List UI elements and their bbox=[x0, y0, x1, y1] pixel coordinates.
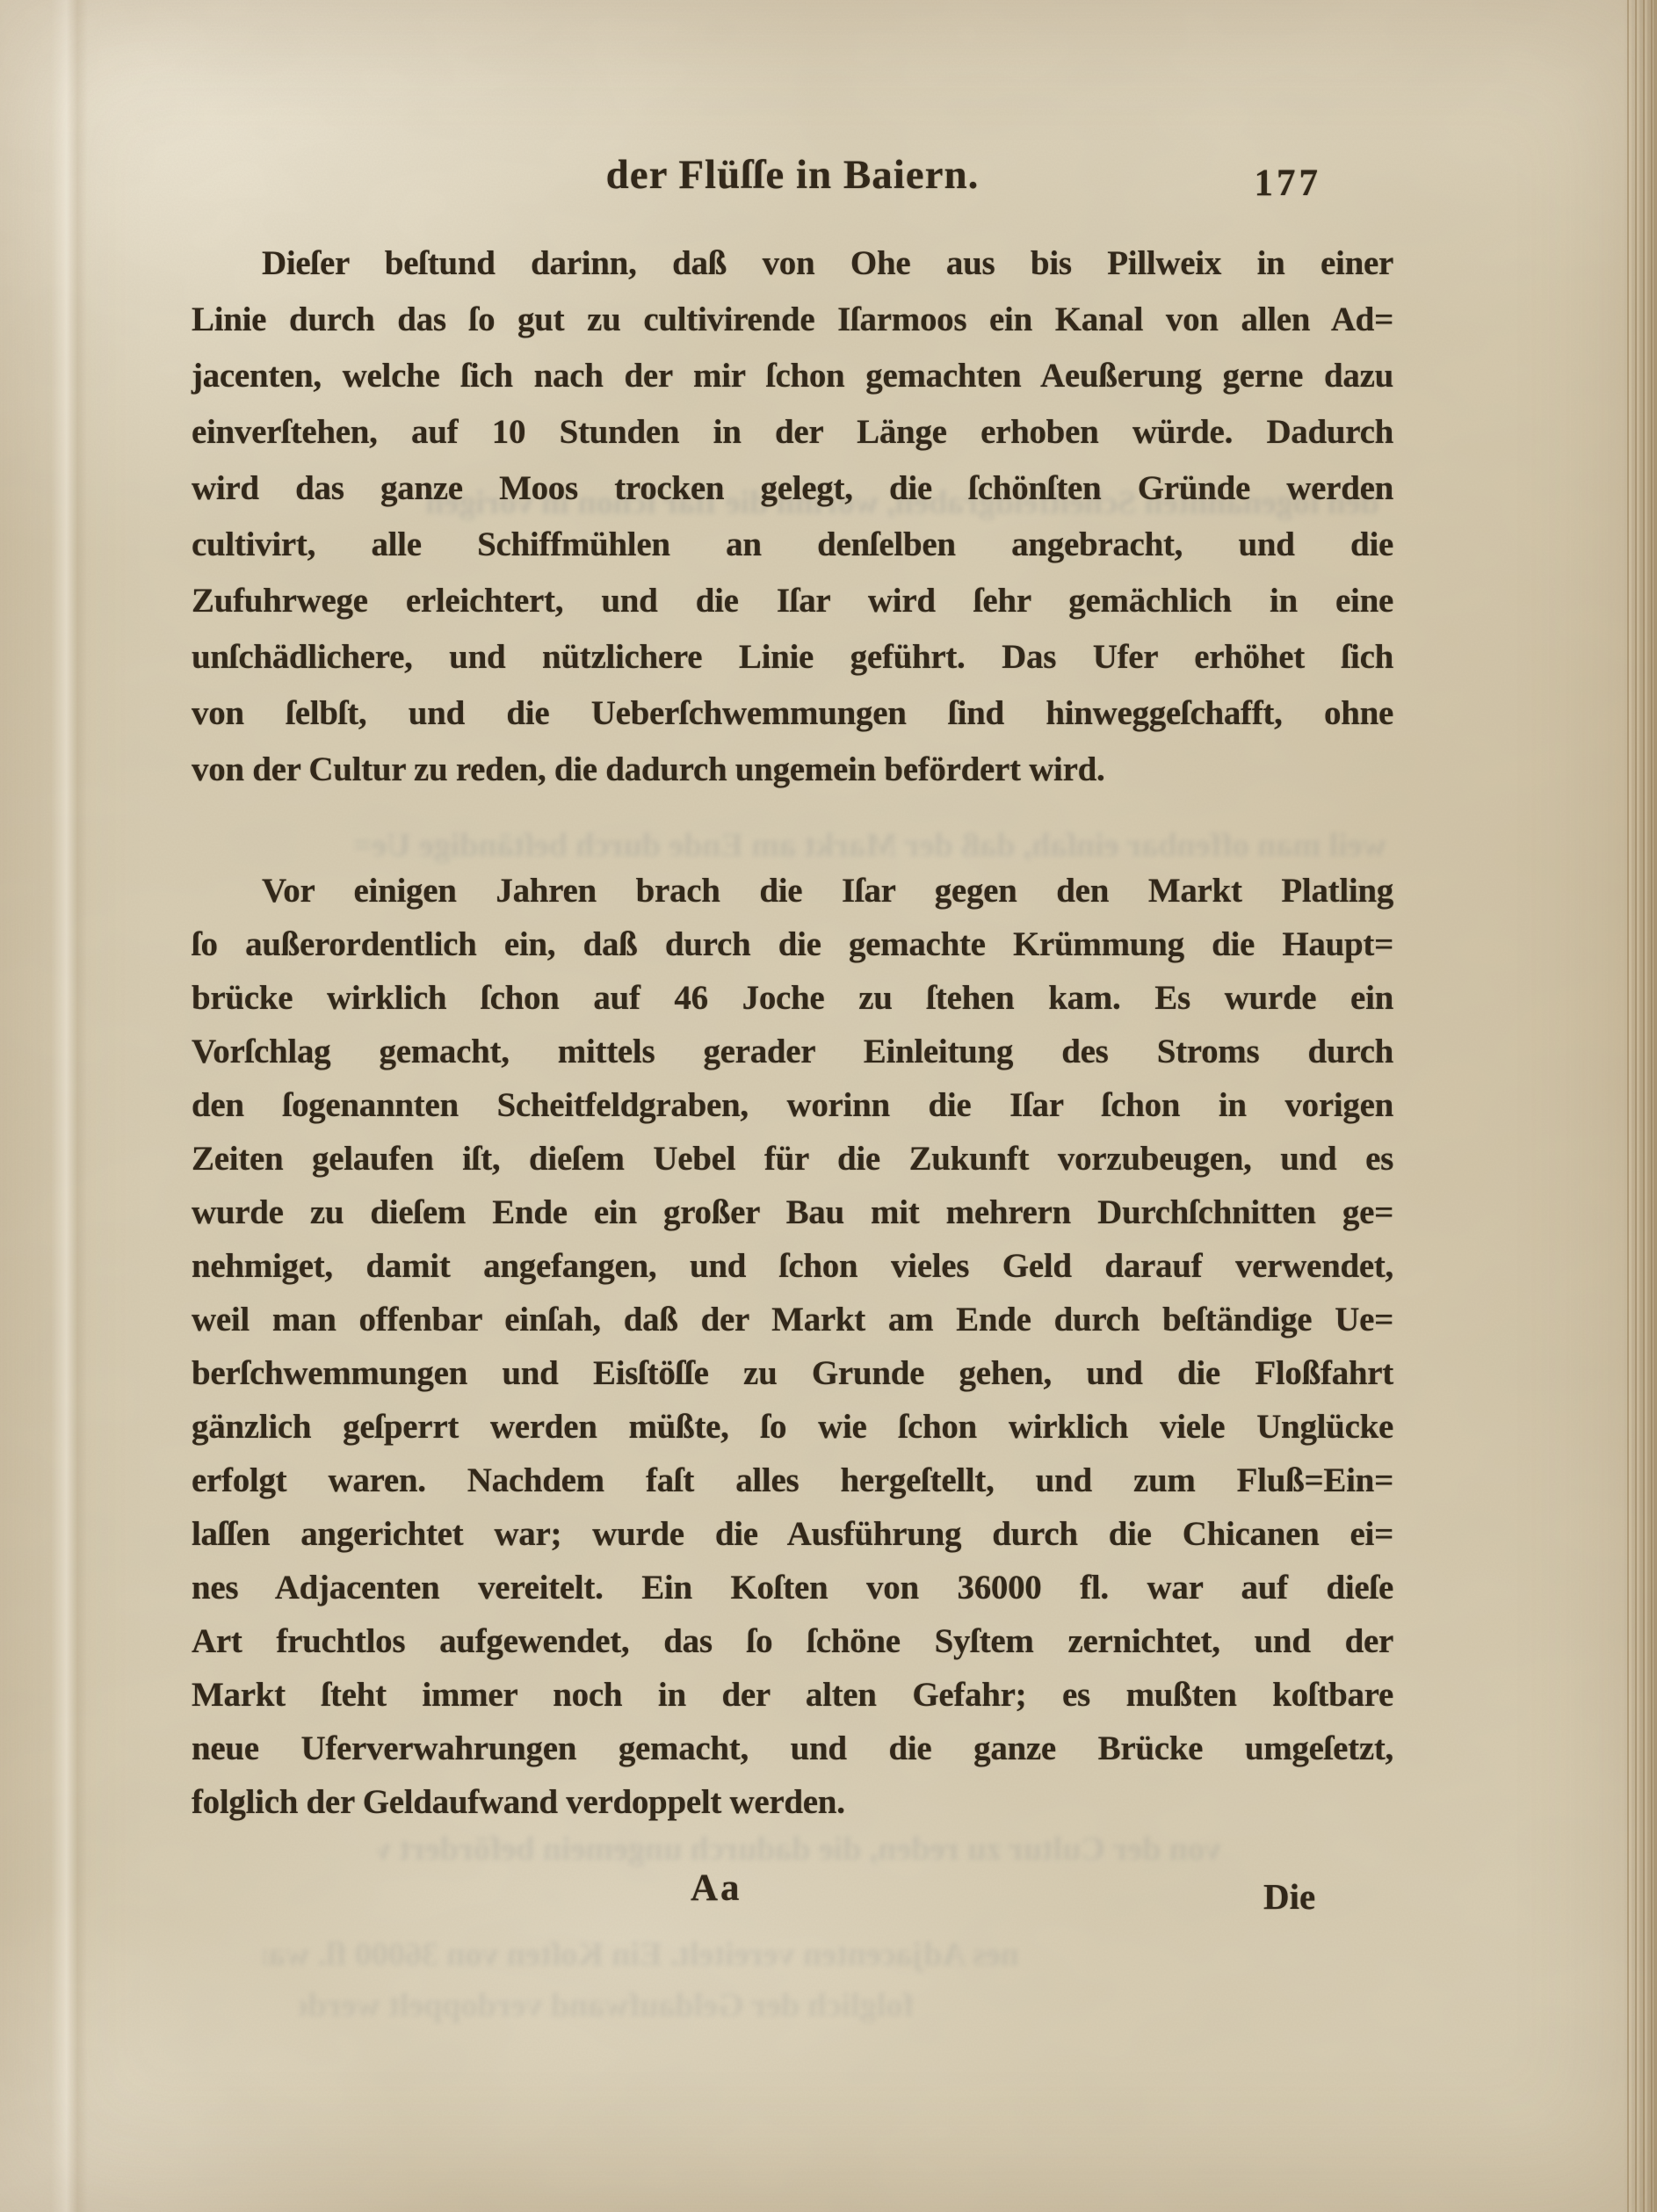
text-line: cultivirt, alle Schiffmühlen an denſelbe… bbox=[192, 517, 1393, 573]
text-line: wurde zu dieſem Ende ein großer Bau mit … bbox=[192, 1186, 1393, 1239]
signature-mark: Aa bbox=[691, 1867, 742, 1910]
text-line: Vor einigen Jahren brach die Iſar gegen … bbox=[192, 864, 1393, 917]
text-line: nehmiget, damit angefangen, und ſchon vi… bbox=[192, 1239, 1393, 1293]
text-line: folglich der Geldaufwand verdoppelt werd… bbox=[192, 1775, 1393, 1829]
text-line: Zeiten gelaufen iſt, dieſem Uebel für di… bbox=[192, 1132, 1393, 1186]
text-line: Markt ſteht immer noch in der alten Gefa… bbox=[192, 1668, 1393, 1722]
text-line: einverſtehen, auf 10 Stunden in der Läng… bbox=[192, 404, 1393, 461]
text-line: gänzlich geſperrt werden müßte, ſo wie ſ… bbox=[192, 1400, 1393, 1454]
text-line: von der Cultur zu reden, die dadurch ung… bbox=[192, 742, 1393, 798]
text-line: weil man offenbar einſah, daß der Markt … bbox=[192, 1293, 1393, 1346]
text-line: neue Uferverwahrungen gemacht, und die g… bbox=[192, 1722, 1393, 1775]
text-line: Art fruchtlos aufgewendet, das ſo ſchöne… bbox=[192, 1614, 1393, 1668]
text-line: nes Adjacenten vereitelt. Ein Koſten von… bbox=[192, 1561, 1393, 1614]
book-page-scan: den ſogenannten Scheitfeldgraben, worinn… bbox=[0, 0, 1657, 2212]
text-line: berſchwemmungen und Eisſtöſſe zu Grunde … bbox=[192, 1346, 1393, 1400]
text-line: Zufuhrwege erleichtert, und die Iſar wir… bbox=[192, 573, 1393, 629]
text-line: Dieſer beſtund darinn, daß von Ohe aus b… bbox=[192, 236, 1393, 292]
text-line: brücke wirklich ſchon auf 46 Joche zu ſt… bbox=[192, 971, 1393, 1025]
text-line: unſchädlichere, und nützlichere Linie ge… bbox=[192, 629, 1393, 685]
text-line: den ſogenannten Scheitfeldgraben, worinn… bbox=[192, 1078, 1393, 1132]
text-line: von ſelbſt, und die Ueberſchwemmungen ſi… bbox=[192, 685, 1393, 742]
text-line: erfolgt waren. Nachdem faſt alles hergeſ… bbox=[192, 1454, 1393, 1507]
catchword: Die bbox=[1263, 1875, 1315, 1918]
text-line: Linie durch das ſo gut zu cultivirende I… bbox=[192, 292, 1393, 348]
paragraph: Vor einigen Jahren brach die Iſar gegen … bbox=[192, 864, 1393, 1829]
paragraph: Dieſer beſtund darinn, daß von Ohe aus b… bbox=[192, 236, 1393, 798]
text-line: jacenten, welche ſich nach der mir ſchon… bbox=[192, 348, 1393, 404]
text-line: ſo außerordentlich ein, daß durch die ge… bbox=[192, 917, 1393, 971]
text-line: laſſen angerichtet war; wurde die Ausfüh… bbox=[192, 1507, 1393, 1561]
body-text: Dieſer beſtund darinn, daß von Ohe aus b… bbox=[0, 0, 1657, 2212]
text-line: wird das ganze Moos trocken gelegt, die … bbox=[192, 461, 1393, 517]
text-line: Vorſchlag gemacht, mittels gerader Einle… bbox=[192, 1025, 1393, 1078]
